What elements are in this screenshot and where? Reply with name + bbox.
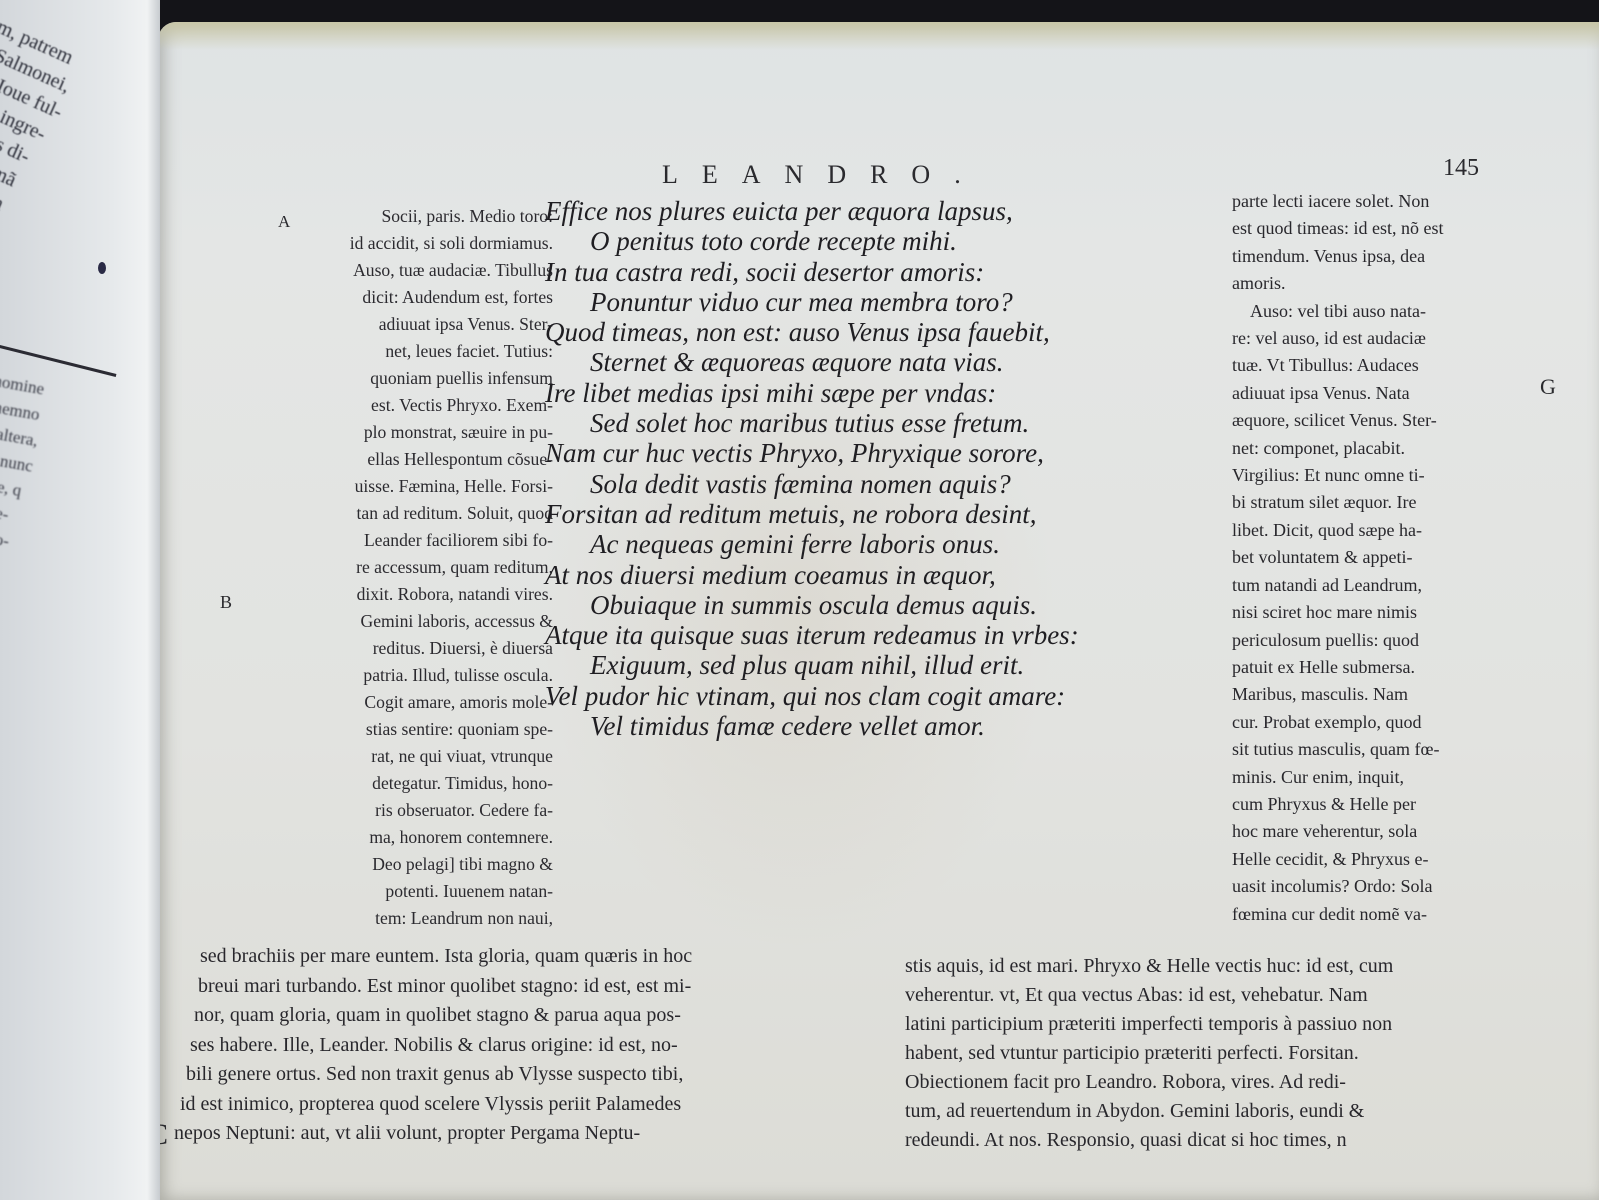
gloss-line: uisse. Fæmina, Helle. Forsi- bbox=[208, 473, 553, 500]
gloss-line: minis. Cur enim, inquit, bbox=[1232, 764, 1599, 791]
gloss-line: potenti. Iuuenem natan- bbox=[208, 878, 553, 905]
left-page-curl: um, patrem ia Salmonei, d. à Ioue ful- n… bbox=[0, 0, 160, 1200]
gloss-line: adiuuat ipsa Venus. Ster- bbox=[208, 311, 553, 338]
gloss-line: Gemini laboris, accessus & bbox=[208, 608, 553, 635]
gloss-line: plo monstrat, sæuire in pu- bbox=[208, 419, 553, 446]
left-page-text-bottom: nomine memno e altera, na nunc gere, q t… bbox=[0, 368, 124, 800]
verse-line: Effice nos plures euicta per æquora laps… bbox=[545, 196, 1245, 226]
verse-line: Sed solet hoc maribus tutius esse fretum… bbox=[545, 408, 1245, 438]
gloss-line: net: componet, placabit. bbox=[1232, 435, 1599, 462]
gloss-line: Maribus, masculis. Nam bbox=[1232, 681, 1599, 708]
gloss-left-column: Socii, paris. Medio toro: id accidit, si… bbox=[208, 203, 553, 932]
gloss-line: ellas Hellespontum cõsue- bbox=[208, 446, 553, 473]
gloss-line: uasit incolumis? Ordo: Sola bbox=[1232, 873, 1599, 900]
verse-line: Sternet & æquoreas æquore nata vias. bbox=[545, 347, 1245, 377]
book-photo: um, patrem ia Salmonei, d. à Ioue ful- n… bbox=[0, 0, 1599, 1200]
commentary-line: habent, sed vtuntur participio præteriti… bbox=[905, 1039, 1599, 1068]
gloss-line: cum Phryxus & Helle per bbox=[1232, 791, 1599, 818]
gloss-line: stias sentire: quoniam spe- bbox=[208, 716, 553, 743]
gloss-line: tuæ. Vt Tibullus: Audaces bbox=[1232, 352, 1599, 379]
gloss-line: est. Vectis Phryxo. Exem- bbox=[208, 392, 553, 419]
gloss-line: re accessum, quam reditum, bbox=[208, 554, 553, 581]
gloss-line: tem: Leandrum non naui, bbox=[208, 905, 553, 932]
commentary-line: latini participium præteriti imperfecti … bbox=[905, 1010, 1599, 1039]
commentary-line: veherentur. vt, Et qua vectus Abas: id e… bbox=[905, 981, 1599, 1010]
gloss-line: Virgilius: Et nunc omne ti- bbox=[1232, 462, 1599, 489]
gloss-line: nisi sciret hoc mare nimis bbox=[1232, 599, 1599, 626]
commentary-bottom-left: sed brachiis per mare euntem. Ista glori… bbox=[172, 942, 892, 1149]
gloss-line: adiuuat ipsa Venus. Nata bbox=[1232, 380, 1599, 407]
gloss-line: bet voluntatem & appeti- bbox=[1232, 544, 1599, 571]
verse-line: At nos diuersi medium coeamus in æquor, bbox=[545, 560, 1245, 590]
gloss-line: Helle cecidit, & Phryxus e- bbox=[1232, 846, 1599, 873]
gloss-line: detegatur. Timidus, hono- bbox=[208, 770, 553, 797]
gloss-line: Deo pelagi] tibi magno & bbox=[208, 851, 553, 878]
gloss-line: id accidit, si soli dormiamus. bbox=[208, 230, 553, 257]
gloss-line: timendum. Venus ipsa, dea bbox=[1232, 243, 1599, 270]
gloss-right-column: parte lecti iacere solet. Non est quod t… bbox=[1232, 188, 1599, 928]
page-number: 145 bbox=[1443, 155, 1479, 182]
verse-line: Obuiaque in summis oscula demus aquis. bbox=[545, 590, 1245, 620]
gloss-line: tum natandi ad Leandrum, bbox=[1232, 572, 1599, 599]
gloss-line: hoc mare veherentur, sola bbox=[1232, 818, 1599, 845]
commentary-line: Obiectionem facit pro Leandro. Robora, v… bbox=[905, 1068, 1599, 1097]
verse-line: Vel timidus famæ cedere vellet amor. bbox=[545, 711, 1245, 741]
commentary-line: nor, quam gloria, quam in quolibet stagn… bbox=[172, 1001, 892, 1031]
gloss-line: parte lecti iacere solet. Non bbox=[1232, 188, 1599, 215]
verse-line: Nam cur huc vectis Phryxo, Phryxique sor… bbox=[545, 438, 1245, 468]
gloss-line: sit tutius masculis, quam fœ- bbox=[1232, 736, 1599, 763]
gloss-line: Auso: vel tibi auso nata- bbox=[1232, 298, 1599, 325]
commentary-line: breui mari turbando. Est minor quolibet … bbox=[172, 972, 892, 1002]
gloss-line: periculosum puellis: quod bbox=[1232, 627, 1599, 654]
gloss-line: net, leues faciet. Tutius: bbox=[208, 338, 553, 365]
gloss-line: Socii, paris. Medio toro: bbox=[208, 203, 553, 230]
commentary-line: stis aquis, id est mari. Phryxo & Helle … bbox=[905, 952, 1599, 981]
verse-line: In tua castra redi, socii desertor amori… bbox=[545, 257, 1245, 287]
verse-line: Atque ita quisque suas iterum redeamus i… bbox=[545, 620, 1245, 650]
gloss-line: re: vel auso, id est audaciæ bbox=[1232, 325, 1599, 352]
gloss-line: æquore, scilicet Venus. Ster- bbox=[1232, 407, 1599, 434]
gloss-line: reditus. Diuersi, è diuersa bbox=[208, 635, 553, 662]
verse-line: Forsitan ad reditum metuis, ne robora de… bbox=[545, 499, 1245, 529]
gloss-line: patria. Illud, tulisse oscula. bbox=[208, 662, 553, 689]
gloss-line: rat, ne qui viuat, vtrunque bbox=[208, 743, 553, 770]
verse-line: Exiguum, sed plus quam nihil, illud erit… bbox=[545, 650, 1245, 680]
commentary-line: id est inimico, propterea quod scelere V… bbox=[172, 1090, 892, 1120]
commentary-line: redeundi. At nos. Responsio, quasi dicat… bbox=[905, 1126, 1599, 1155]
commentary-line: nepos Neptuni: aut, vt alii volunt, prop… bbox=[172, 1119, 892, 1149]
gloss-line: libet. Dicit, quod sæpe ha- bbox=[1232, 517, 1599, 544]
gloss-line: fœmina cur dedit nomẽ va- bbox=[1232, 901, 1599, 928]
verse-line: Ire libet medias ipsi mihi sæpe per vnda… bbox=[545, 378, 1245, 408]
commentary-line: bili genere ortus. Sed non traxit genus … bbox=[172, 1060, 892, 1090]
commentary-line: tum, ad reuertendum in Abydon. Gemini la… bbox=[905, 1097, 1599, 1126]
gloss-line: Auso, tuæ audaciæ. Tibullus bbox=[208, 257, 553, 284]
commentary-line: ses habere. Ille, Leander. Nobilis & cla… bbox=[172, 1031, 892, 1061]
ornament-dot-icon bbox=[98, 262, 106, 274]
verse-line: Vel pudor hic vtinam, qui nos clam cogit… bbox=[545, 681, 1245, 711]
gloss-line: tan ad reditum. Soluit, quod bbox=[208, 500, 553, 527]
commentary-bottom-right: stis aquis, id est mari. Phryxo & Helle … bbox=[905, 952, 1599, 1155]
gloss-line: bi stratum silet æquor. Ire bbox=[1232, 489, 1599, 516]
verse-line: Quod timeas, non est: auso Venus ipsa fa… bbox=[545, 317, 1245, 347]
verse-line: Ponuntur viduo cur mea membra toro? bbox=[545, 287, 1245, 317]
verse-line: O penitus toto corde recepte mihi. bbox=[545, 226, 1245, 256]
gloss-line: est quod timeas: id est, nõ est bbox=[1232, 215, 1599, 242]
verse-line: Ac nequeas gemini ferre laboris onus. bbox=[545, 529, 1245, 559]
verse-line: Sola dedit vastis fæmina nomen aquis? bbox=[545, 469, 1245, 499]
gloss-line: patuit ex Helle submersa. bbox=[1232, 654, 1599, 681]
gloss-line: quoniam puellis infensum bbox=[208, 365, 553, 392]
gloss-line: cur. Probat exemplo, quod bbox=[1232, 709, 1599, 736]
verse-block: Effice nos plures euicta per æquora laps… bbox=[545, 196, 1245, 741]
gloss-line: amoris. bbox=[1232, 270, 1599, 297]
running-head: LEANDRO. bbox=[662, 160, 985, 190]
gloss-line: ris obseruator. Cedere fa- bbox=[208, 797, 553, 824]
left-page-text-top: um, patrem ia Salmonei, d. à Ioue ful- n… bbox=[0, 10, 140, 322]
gloss-line: ma, honorem contemnere. bbox=[208, 824, 553, 851]
commentary-line: sed brachiis per mare euntem. Ista glori… bbox=[172, 942, 892, 972]
gloss-line: dixit. Robora, natandi vires. bbox=[208, 581, 553, 608]
gloss-line: dicit: Audendum est, fortes bbox=[208, 284, 553, 311]
gloss-line: Cogit amare, amoris mole- bbox=[208, 689, 553, 716]
gloss-line: Leander faciliorem sibi fo- bbox=[208, 527, 553, 554]
